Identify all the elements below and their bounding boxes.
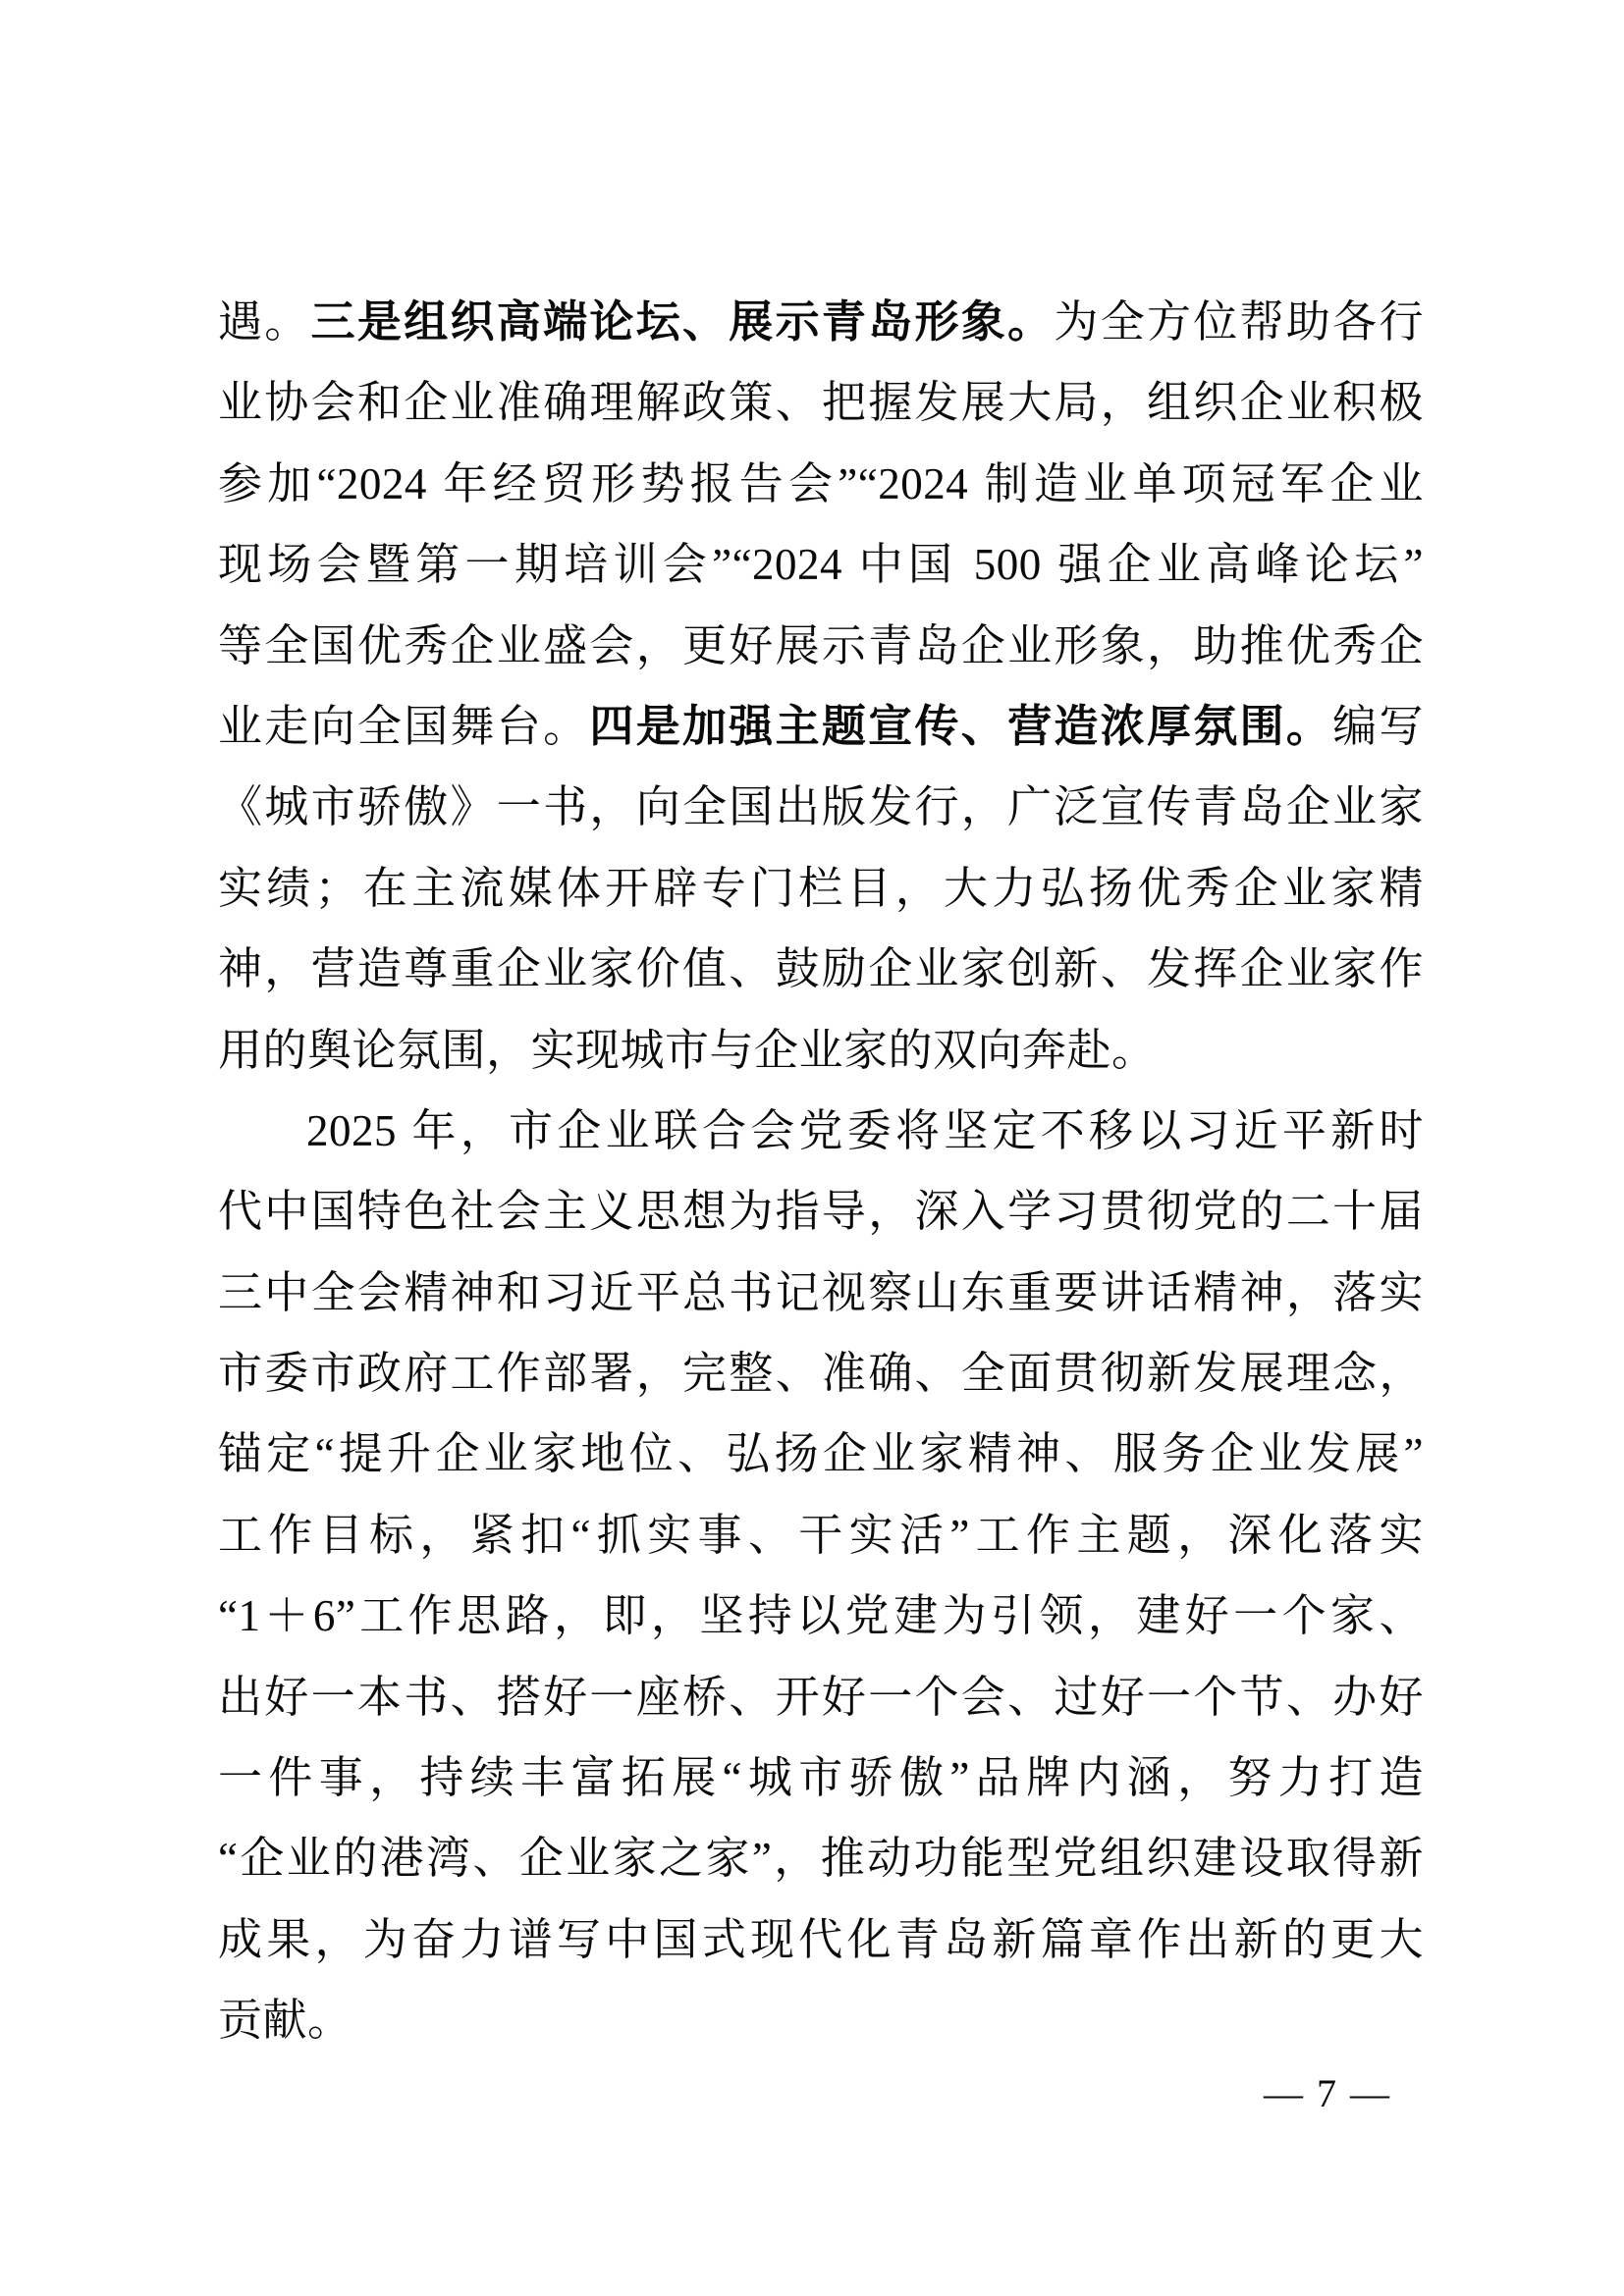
text-segment: 一件事，持续丰富拓展“城市骄傲”品牌内涵，努力打造 [218,1753,1424,1802]
paragraph: 2025 年，市企业联合会党委将坚定不移以习近平新时代中国特色社会主义思想为指导… [218,1091,1424,2061]
text-segment: 《城市骄傲》一书，向全国出版发行，广泛宣传青岛企业家 [218,782,1424,831]
text-segment: 代中国特色社会主义思想为指导，深入学习贯彻党的二十届 [218,1187,1424,1236]
text-line: 成果，为奋力谱写中国式现代化青岛新篇章作出新的更大 [218,1899,1424,1980]
text-segment: 业协会和企业准确理解政策、把握发展大局，组织企业积极 [218,378,1424,427]
text-segment: 出好一本书、搭好一座桥、开好一个会、过好一个节、办好 [218,1673,1424,1722]
text-segment: 参加“2024 年经贸形势报告会”“2024 制造业单项冠军企业 [218,459,1424,508]
text-line: 参加“2024 年经贸形势报告会”“2024 制造业单项冠军企业 [218,444,1424,524]
text-line: 神，营造尊重企业家价值、鼓励企业家创新、发挥企业家作 [218,929,1424,1009]
text-segment: 三中全会精神和习近平总书记视察山东重要讲话精神，落实 [218,1268,1424,1317]
text-segment: 业走向全国舞台。 [218,702,589,751]
text-segment: 市委市政府工作部署，完整、准确、全面贯彻新发展理念， [218,1349,1424,1398]
text-line: 一件事，持续丰富拓展“城市骄傲”品牌内涵，努力打造 [218,1737,1424,1818]
text-line: 贡献。 [218,1980,1424,2060]
text-segment: 成果，为奋力谱写中国式现代化青岛新篇章作出新的更大 [218,1915,1424,1964]
text-segment: 工作目标，紧扣“抓实事、干实活”工作主题，深化落实 [218,1511,1424,1560]
page-number: — 7 — [1235,2067,1420,2120]
text-line: 遇。三是组织高端论坛、展示青岛形象。为全方位帮助各行 [218,282,1424,362]
text-line: 业走向全国舞台。四是加强主题宣传、营造浓厚氛围。编写 [218,686,1424,767]
text-line: 三中全会精神和习近平总书记视察山东重要讲话精神，落实 [218,1253,1424,1333]
text-segment: 锚定“提升企业家地位、弘扬企业家精神、服务企业发展” [218,1429,1424,1478]
text-segment: “1＋6”工作思路，即，坚持以党建为引领，建好一个家、 [218,1591,1424,1640]
text-line: 《城市骄傲》一书，向全国出版发行，广泛宣传青岛企业家 [218,767,1424,847]
text-line: 实绩；在主流媒体开辟专门栏目，大力弘扬优秀企业家精 [218,848,1424,929]
text-line: 工作目标，紧扣“抓实事、干实活”工作主题，深化落实 [218,1495,1424,1575]
text-line: “企业的港湾、企业家之家”，推动功能型党组织建设取得新 [218,1818,1424,1898]
text-line: 用的舆论氛围，实现城市与企业家的双向奔赴。 [218,1010,1424,1091]
bold-text-segment: 三是组织高端论坛、展示青岛形象。 [311,297,1055,347]
paragraph: 遇。三是组织高端论坛、展示青岛形象。为全方位帮助各行业协会和企业准确理解政策、把… [218,282,1424,1091]
text-line: 代中国特色社会主义思想为指导，深入学习贯彻党的二十届 [218,1171,1424,1252]
text-line: “1＋6”工作思路，即，坚持以党建为引领，建好一个家、 [218,1575,1424,1656]
document-page: 遇。三是组织高端论坛、展示青岛形象。为全方位帮助各行业协会和企业准确理解政策、把… [0,0,1624,2296]
text-line: 出好一本书、搭好一座桥、开好一个会、过好一个节、办好 [218,1657,1424,1737]
text-line: 锚定“提升企业家地位、弘扬企业家精神、服务企业发展” [218,1414,1424,1494]
text-segment: 编写 [1332,702,1424,751]
text-segment: 现场会暨第一期培训会”“2024 中国 500 强企业高峰论坛” [218,540,1424,589]
text-segment: 等全国优秀企业盛会，更好展示青岛企业形象，助推优秀企 [218,621,1424,670]
document-body: 遇。三是组织高端论坛、展示青岛形象。为全方位帮助各行业协会和企业准确理解政策、把… [218,282,1424,2061]
text-line: 等全国优秀企业盛会，更好展示青岛企业形象，助推优秀企 [218,606,1424,686]
text-segment: 2025 年，市企业联合会党委将坚定不移以习近平新时 [306,1106,1424,1155]
text-segment: 贡献。 [218,1996,352,2045]
text-segment: 用的舆论氛围，实现城市与企业家的双向奔赴。 [218,1026,1157,1075]
text-segment: 为全方位帮助各行 [1054,297,1424,347]
text-segment: 神，营造尊重企业家价值、鼓励企业家创新、发挥企业家作 [218,944,1424,993]
text-line: 现场会暨第一期培训会”“2024 中国 500 强企业高峰论坛” [218,524,1424,605]
text-line: 市委市政府工作部署，完整、准确、全面贯彻新发展理念， [218,1333,1424,1414]
text-segment: “企业的港湾、企业家之家”，推动功能型党组织建设取得新 [218,1834,1424,1883]
text-segment: 实绩；在主流媒体开辟专门栏目，大力弘扬优秀企业家精 [218,864,1424,913]
text-line: 业协会和企业准确理解政策、把握发展大局，组织企业积极 [218,362,1424,443]
bold-text-segment: 四是加强主题宣传、营造浓厚氛围。 [589,702,1332,751]
text-line: 2025 年，市企业联合会党委将坚定不移以习近平新时 [218,1091,1424,1171]
text-segment: 遇。 [218,297,311,347]
